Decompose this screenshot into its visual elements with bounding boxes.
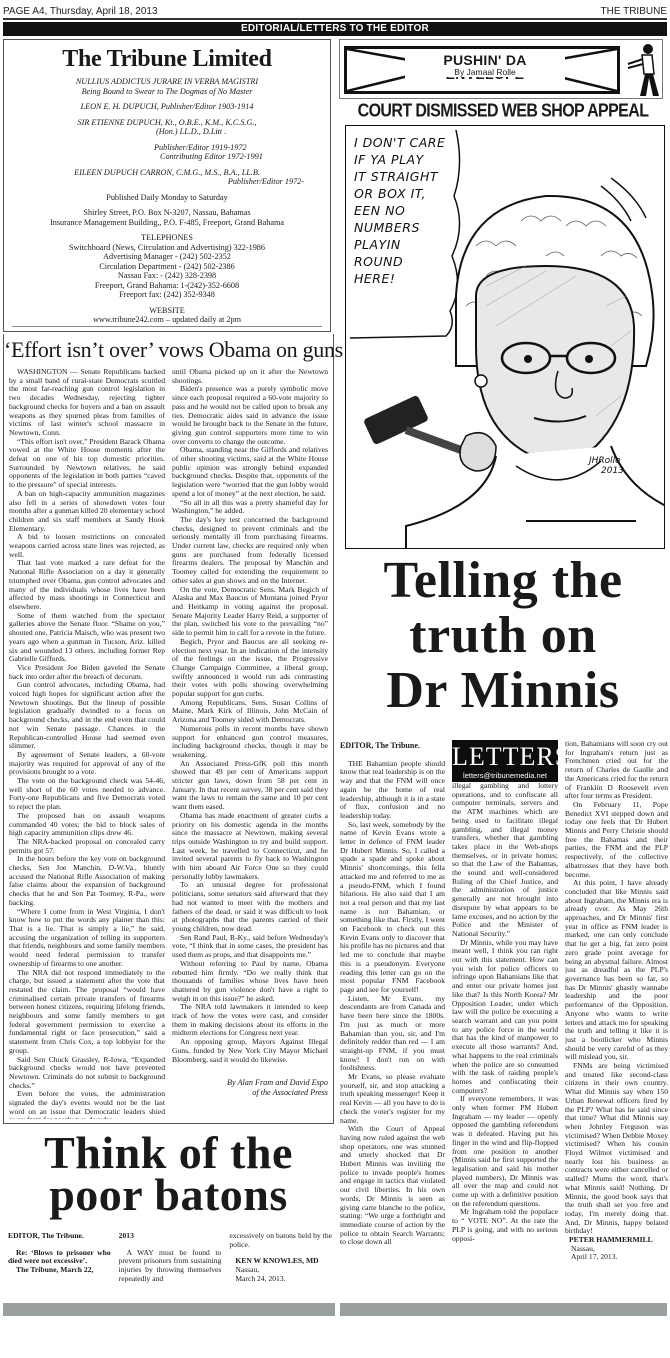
headline-line: Telling the [340,553,666,608]
paragraph: The NRA-backed proposal on concealed car… [9,838,165,855]
paragraph: WASHINGTON — Senate Republicans backed b… [9,368,165,438]
letter-reference: Re: ‘Blows to prisoner who died were not… [8,1249,111,1266]
publishing-schedule: Published Daily Monday to Saturday [4,193,330,203]
speech-line: EEN NO [354,202,454,219]
batons-letter: Think of the poor batons EDITOR, The Tri… [3,1128,334,1303]
address-nassau: Shirley Street, P.O. Box N-3207, Nassau,… [4,208,330,218]
paragraph: FNMs are being victimised and treated li… [565,1062,668,1236]
paragraph: The NRA told lawmakers it intended to ke… [172,1003,328,1038]
speech-line: IF YA PLAY [354,151,454,168]
letter-column-3: tion, Bahamians will soon cry out for In… [565,740,668,1262]
letter-column-1: EDITOR, The Tribune. THE Bahamian people… [340,740,445,1247]
paragraph: Even before the votes, the administratio… [9,1090,165,1119]
phone-line: Switchboard (News, Circulation and Adver… [4,243,330,253]
paragraph: An opposing group, Mayors Against Illega… [172,1038,328,1064]
paragraph: With the Court of Appeal having now rule… [340,1125,445,1247]
paragraph: Listen, Mr Evans, my descendants are fro… [340,995,445,1073]
letter-salutation: EDITOR, The Tribune. [340,742,445,751]
signature-year: 2013 [589,466,624,476]
paragraph: illegal gambling and lottery operations,… [452,782,558,939]
paragraph: That last vote marked a rare defeat for … [9,559,165,611]
paragraph: tion, Bahamians will soon cry out for In… [565,740,668,801]
page-header: PAGE A4, Thursday, April 18, 2013 THE TR… [3,4,667,18]
letter-column-2: LETTERS letters@tribunemedia.net illegal… [452,740,558,1243]
telephones-heading: TELEPHONES [4,233,330,243]
paragraph: Mr Ingraham told the populace to “ VOTE … [452,1208,558,1243]
paragraph: Some of them watched from the spectator … [9,612,165,664]
letter-date: April 17, 2013. [565,1253,668,1262]
series-author: By Jamaal Rolle [445,67,525,77]
editor-eileen: EILEEN DUPUCH CARRON, C.M.G., M.S., B.A.… [4,168,330,178]
paragraph: Gun control advocates, including Obama, … [9,681,165,751]
paragraph: THE Bahamian people should know that rea… [340,760,445,821]
website-heading: WEBSITE [4,306,330,316]
address-freeport: Insurance Management Building,, P.O. F-4… [4,218,330,228]
paragraph: Without referring to Paul by name, Obama… [172,960,328,1004]
letters-email-link[interactable]: letters@tribunemedia.net [452,771,558,780]
footer-bar-left [3,1303,335,1316]
paragraph: Numerous polls in recent months have sho… [172,725,328,760]
speech-line: HERE! [354,270,454,287]
motto-english: Being Bound to Swear to The Dogmas of No… [4,87,330,97]
paragraph: “Where I come from in West Virginia, I d… [9,908,165,969]
paragraph: A bid to loosen restrictions on conceale… [9,533,165,559]
paragraph: On February 11, Pope Benedict XVI steppe… [565,801,668,879]
byline-agency: of the Associated Press [172,1088,328,1098]
paragraph: To an unusual degree for professional po… [172,881,328,933]
letter-date: March 24, 2013. [229,1275,332,1284]
paragraph: “This effort isn't over,” President Bara… [9,438,165,490]
page-folio: PAGE A4, Thursday, April 18, 2013 [3,6,158,17]
paragraph: The NRA did not respond immediately to t… [9,969,165,1056]
phone-line: Freeport, Grand Bahama: 1-(242)-352-6608 [4,281,330,291]
headline-line: Dr Minnis [340,663,666,718]
cartoon-series-banner: PUSHIN' DA ENVELOPE By Jamaal Rolle [339,39,663,99]
paragraph: By agreement of Senate leaders, a 60-vot… [9,751,165,777]
editor-eileen-role: Publisher/Editor 1972- [4,177,330,187]
editor-etienne-role: Publisher/Editor 1919-1972 [4,143,330,153]
phone-line: Advertising Manager - (242) 502-2352 [4,252,330,262]
paragraph: Said Sen Chuck Grassley, R-Iowa, “Expand… [9,1056,165,1091]
paragraph: Mr Evans, so please evaluate yourself, s… [340,1073,445,1125]
obama-article: ‘Effort isn’t over’ vows Obama on guns W… [3,334,334,1124]
paragraph: until Obama picked up on it after the Ne… [172,368,328,385]
header-rule [3,18,667,20]
section-banner: EDITORIAL/LETTERS TO THE EDITOR [3,22,667,36]
article-column-1: WASHINGTON — Senate Republicans backed b… [9,368,165,1119]
paragraph: Obama, standing near the Giffords and re… [172,446,328,498]
pushing-man-icon [624,42,662,98]
headline-line: truth on [340,608,666,663]
letter-body-continued: excessively on batons held by the police… [229,1232,332,1249]
article-column-2: until Obama picked up on it after the Ne… [172,368,328,1119]
paragraph: The vote on the background check was 54-… [9,777,165,812]
paragraph: If everyone remembers, it was only when … [452,1095,558,1208]
paragraph: Biden's presence was a purely symbolic m… [172,385,328,446]
paragraph: Among Republicans, Sens. Susan Collins o… [172,699,328,725]
paragraph: The day's key test concerned the backgro… [172,516,328,586]
letter-year: 2013 [119,1232,222,1241]
paragraph: At this point, I have already concluded … [565,879,668,1062]
article-headline: ‘Effort isn’t over’ vows Obama on guns [4,337,333,363]
paragraph: On the vote, Democratic Sens. Mark Begic… [172,586,328,638]
website-link[interactable]: www.tribune242.com – updated daily at 2p… [4,315,330,325]
paragraph: So, last week, somebody by the name of K… [340,821,445,995]
masthead-box: The Tribune Limited NULLIUS ADDICTUS JUR… [3,39,331,332]
paragraph: A ban on high-capacity ammunition magazi… [9,490,165,534]
minnis-headline: Telling the truth on Dr Minnis [340,553,666,718]
phone-line: Freeport fax: (242) 352-9348 [4,290,330,300]
letter-salutation: EDITOR, The Tribune. [8,1232,111,1241]
letter-body: A WAY must be found to prevent prisoners… [119,1249,222,1284]
paragraph: “So all in all this was a pretty shamefu… [172,499,328,516]
phone-line: Circulation Department - (242) 502-2386 [4,262,330,272]
envelope-icon: PUSHIN' DA ENVELOPE By Jamaal Rolle [344,46,620,94]
paragraph: The proposed ban on assault weapons comm… [9,812,165,838]
editor-etienne-degrees: (Hon.) LL.D., D.Litt . [4,127,330,137]
byline-authors: By Alan Fram and David Espo [172,1078,328,1088]
paragraph: Sen Rand Paul, R-Ky., said before Wednes… [172,934,328,960]
letter-source: The Tribune, March 22, [8,1266,111,1275]
headline-line: Think of the [3,1132,334,1174]
paragraph: Obama has made enactment of greater curb… [172,812,328,882]
speech-line: OR BOX IT, [354,185,454,202]
paragraph: Vice President Joe Biden gaveled the Sen… [9,664,165,681]
editor-etienne: SIR ETIENNE DUPUCH, Kt., O.B.E., K.M., K… [4,118,330,128]
article-byline: By Alan Fram and David Espo of the Assoc… [172,1078,328,1097]
speech-bubble: I DON'T CARE IF YA PLAY IT STRAIGHT OR B… [354,134,454,287]
paragraph: Dr Minnis, while you may have meant well… [452,939,558,1096]
footer-bar-right [340,1303,667,1316]
editorial-cartoon: I DON'T CARE IF YA PLAY IT STRAIGHT OR B… [345,125,665,549]
paragraph: Begich, Pryor and Baucus are all seeking… [172,638,328,699]
letters-logo: LETTERS letters@tribunemedia.net [452,740,558,782]
cartoon-caption: COURT DISMISSED WEB SHOP APPEAL [340,102,666,123]
signature-name: JHRolle [589,456,624,466]
paragraph: An Associated Press-GfK poll this month … [172,760,328,812]
speech-line: IT STRAIGHT [354,168,454,185]
letters-logo-text: LETTERS [452,740,558,771]
headline-line: poor batons [3,1174,334,1216]
speech-line: PLAYIN ROUND [354,236,454,270]
publication-name: THE TRIBUNE [601,6,668,17]
letter-headline: Think of the poor batons [3,1132,334,1216]
editor-etienne-contrib: Contributing Editor 1972-1991 [4,152,330,162]
paragraph: In the hours before the key vote on back… [9,855,165,907]
cartoonist-signature: JHRolle 2013 [589,456,624,476]
editor-leon: LEON E. H. DUPUCH, Publisher/Editor 1903… [4,102,330,112]
minnis-letter: EDITOR, The Tribune. THE Bahamian people… [340,740,668,1300]
masthead-title: The Tribune Limited [4,46,330,73]
motto-latin: NULLIUS ADDICTUS JURARE IN VERBA MAGISTR… [4,77,330,87]
speech-line: I DON'T CARE [354,134,454,151]
speech-line: NUMBERS [354,219,454,236]
phone-line: Nassau Fax: - (242) 328-2398 [4,271,330,281]
